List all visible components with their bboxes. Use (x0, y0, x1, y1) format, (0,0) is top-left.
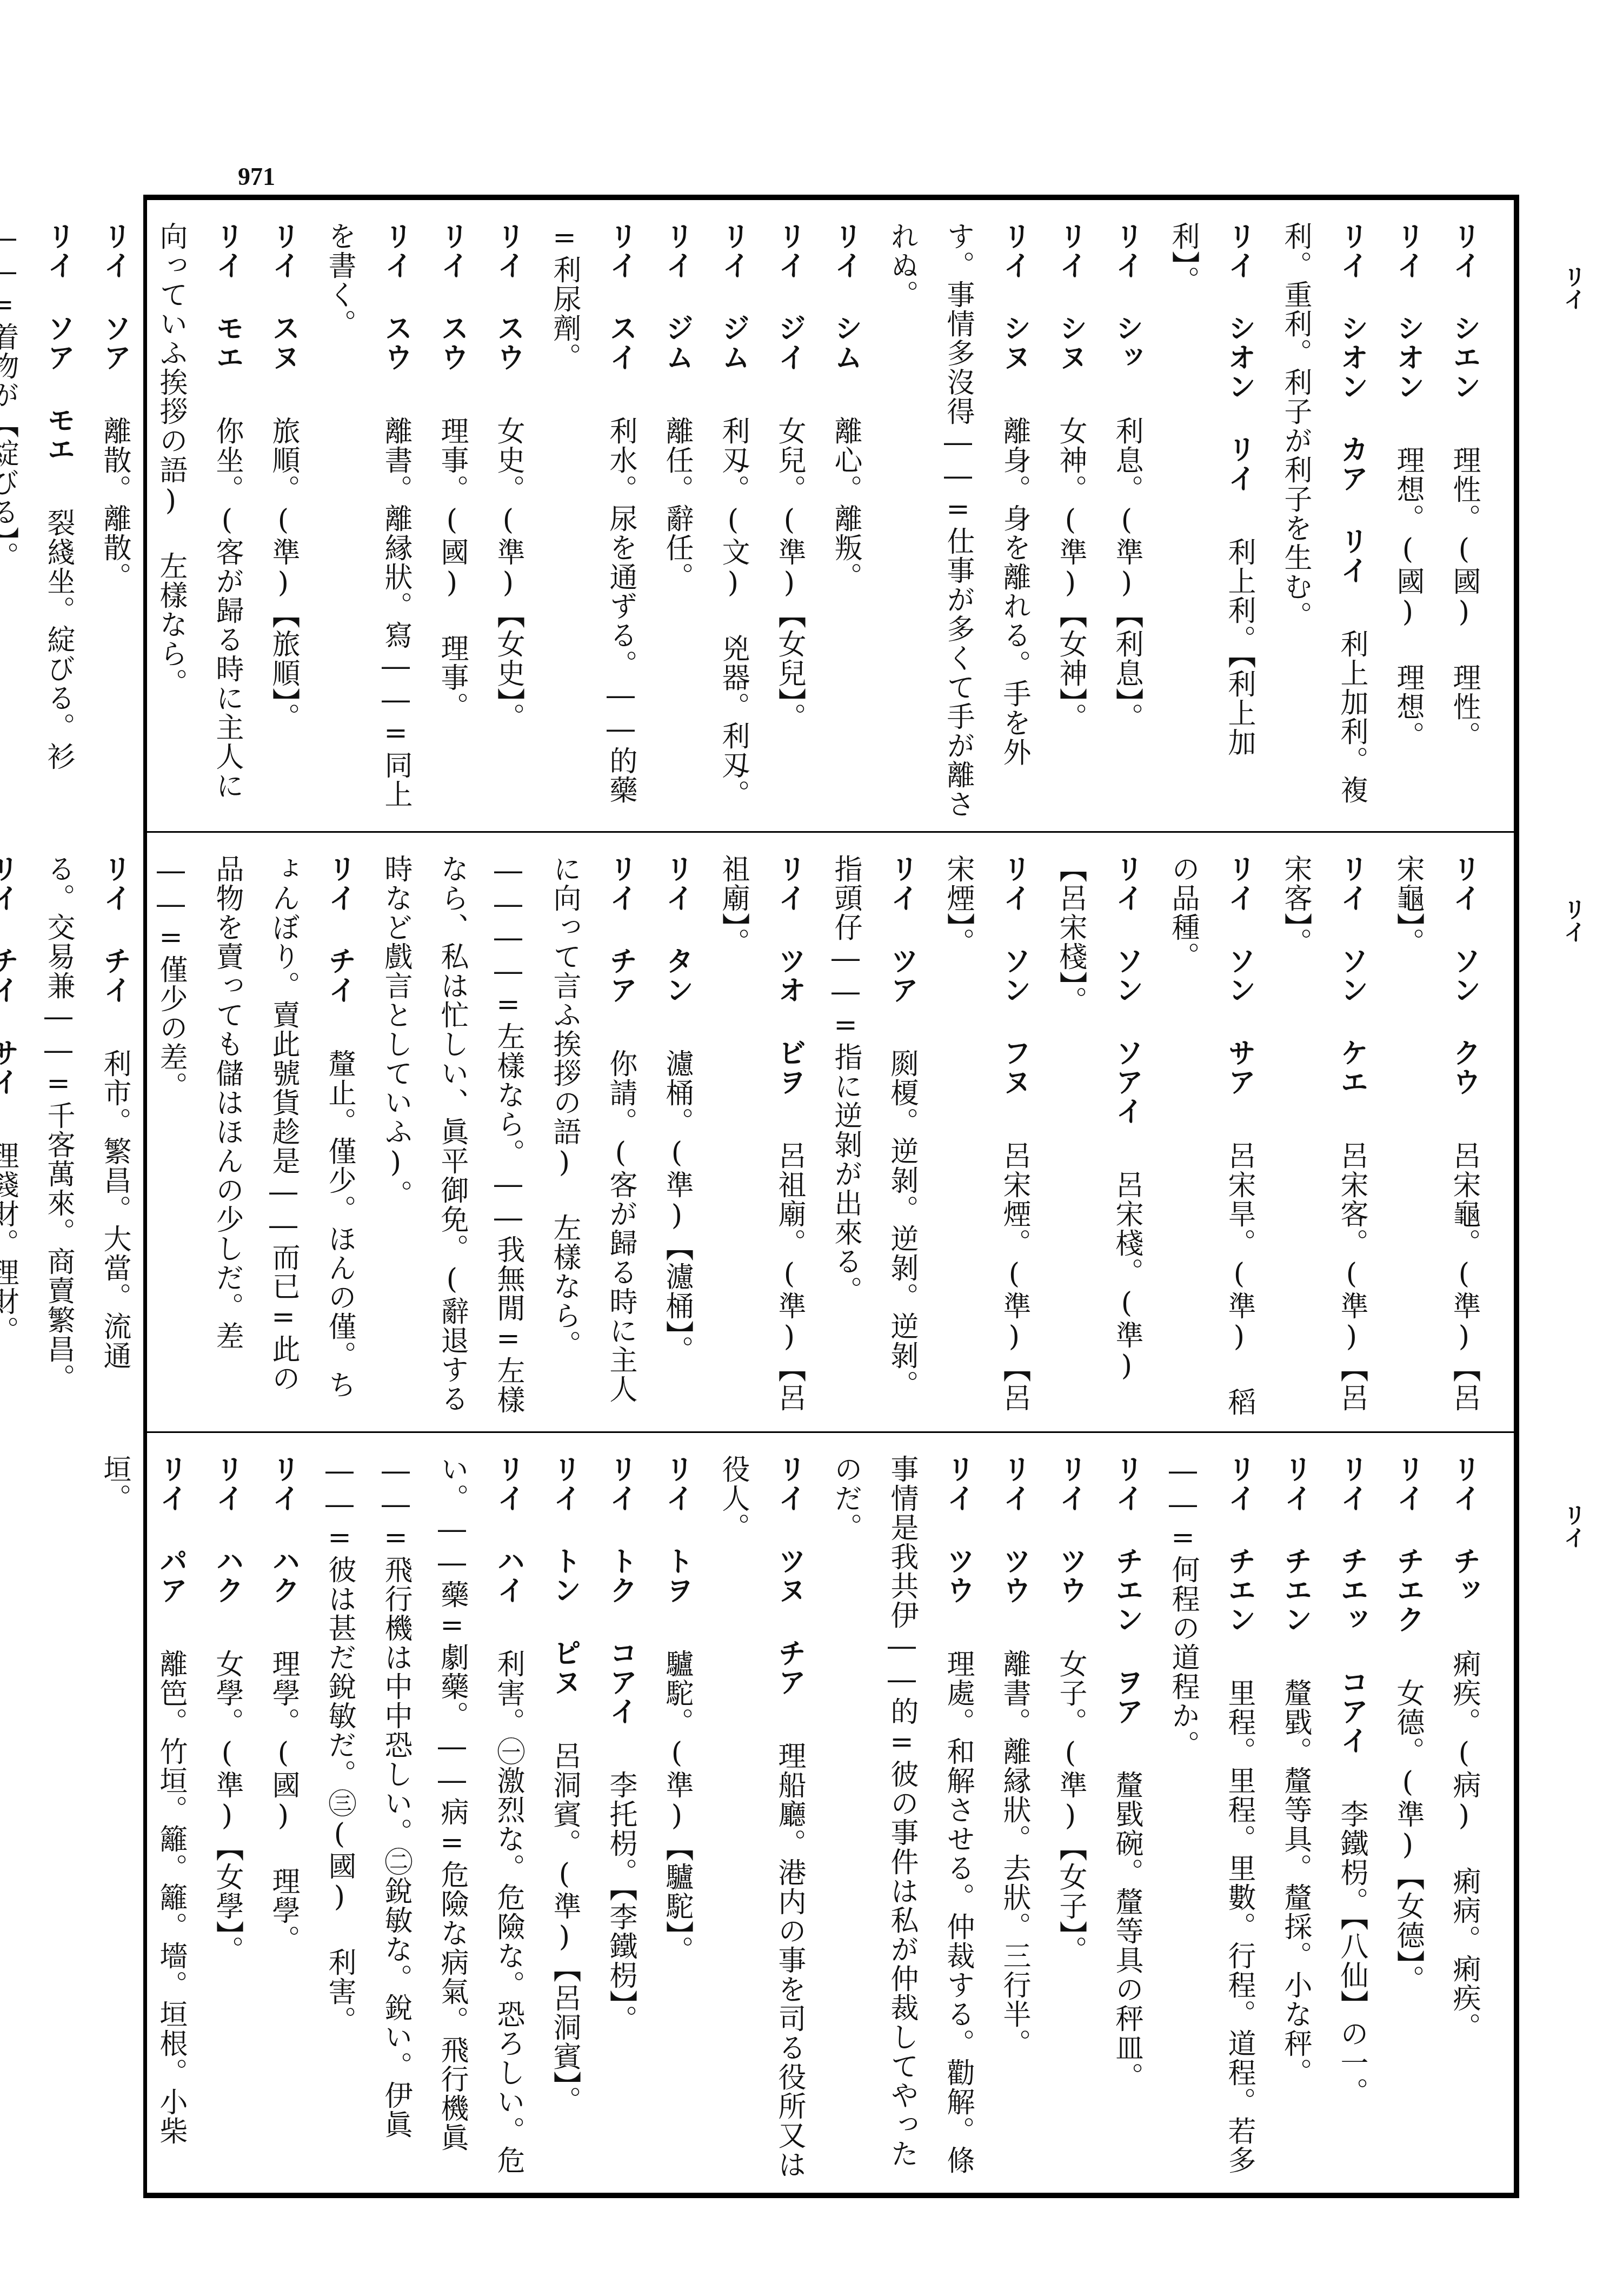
dictionary-entry: リイ チエン 釐戥。釐等具。釐採。小な秤。 (1267, 1455, 1323, 2182)
entry-headword-reading: リイ ソン ソアイ (1110, 854, 1143, 1126)
entry-definition: 女子。(準)【女子】。 (1054, 1649, 1087, 1965)
dictionary-entry: リイ パア 離笆。竹垣。籬。籬。墻。垣根。小柴垣。 (87, 1455, 199, 2182)
entry-headword-reading: リイ シオン カア リイ (1335, 222, 1368, 585)
entry-headword-reading: リイ スイ (604, 222, 637, 372)
running-head-middle: リイ (1557, 898, 1589, 943)
entry-headword-reading: リイ チイ サイ (0, 854, 18, 1097)
entry-headword-reading: リイ チエッ コアイ (1335, 1455, 1368, 1755)
entry-headword-reading: リイ ソン ケエ (1335, 854, 1368, 1097)
entry-definition: 女德。(準)【女德】。 (1392, 1678, 1424, 1994)
dictionary-entry: リイ シヌ 女神。(準)【女神】。 (1042, 222, 1099, 820)
dictionary-entry: リイ ジイ 女兒。(準)【女兒】。 (761, 222, 817, 820)
section-bottom: リイ チッ 痢疾。(病) 痢病。痢疾。リイ チエク 女德。(準)【女德】。リイ … (147, 1433, 1514, 2193)
entry-definition: 釐戥碗。釐等具の秤皿。 (1110, 1770, 1143, 2092)
dictionary-entry: リイ ハイ 利害。㊀激烈な。危險な。恐ろしい。危い。――藥=劇藥。――病=危險な… (311, 1455, 536, 2182)
dictionary-entry: リイ シエン 理性。(國) 理性。 (1436, 222, 1492, 820)
dictionary-entry: リイ トク コアイ 李托枴。【李鐵枴】。 (593, 1455, 649, 2182)
entry-headword-reading: リイ シエン (1448, 222, 1480, 401)
dictionary-entry: リイ ジム 利刄。(文) 兇器。利刄。 (705, 222, 761, 820)
entry-headword-reading: リイ ハク (267, 1455, 300, 1605)
entry-headword-reading: リイ チイ (323, 854, 356, 1005)
running-head-bottom: リイ (1557, 1503, 1589, 1549)
entry-definition: 離散。離散。 (98, 416, 131, 592)
dictionary-entry: リイ ソン ケエ 呂宋客。(準)【呂宋客】。 (1267, 854, 1380, 1421)
dictionary-entry: リイ ジム 離任。辭任。 (649, 222, 705, 820)
entry-headword-reading: リイ ハイ (492, 1455, 524, 1605)
entry-headword-reading: リイ チエン ヲア (1110, 1455, 1143, 1726)
dictionary-entry: リイ ハク 理學。(國) 理學。 (255, 1455, 311, 2182)
entry-definition: 理錢財。理財。 (0, 1141, 18, 1345)
entry-headword-reading: リイ ツウ (942, 1455, 974, 1605)
dictionary-entry: リイ チア 你請。(客が歸る時に主人に向って言ふ挨拶の語) 左樣なら。――――=… (368, 854, 649, 1421)
dictionary-entry: リイ ツア 㓹榎。逆剝。逆剝。逆剝。指頭仔――=指に逆剝が出來る。 (817, 854, 930, 1421)
entry-definition: 理學。(國) 理學。 (267, 1649, 300, 1954)
entry-definition: 你請。(客が歸る時に主人に向って言ふ挨拶の語) 左樣なら。――――=左樣なら。―… (380, 854, 637, 1415)
entry-headword-reading: リイ ハク (211, 1455, 243, 1605)
dictionary-entry: リイ タン 濾桶。(準)【濾桶】。 (649, 854, 705, 1421)
dictionary-entry: リイ シッ 利息。(準)【利息】。 (1099, 222, 1155, 820)
entry-definition: 釐戥。釐等具。釐採。小な秤。 (1279, 1678, 1312, 2087)
entry-headword-reading: リイ スウ (380, 222, 412, 372)
entry-definition: 呂洞賓。(準)【呂洞賓】。 (548, 1741, 581, 2115)
entry-headword-reading: リイ シム (829, 222, 862, 372)
dictionary-entry: リイ ツヌ チア 理船廳。港内の事を司る役所又は役人。 (705, 1455, 817, 2182)
dictionary-entry: リイ ハク 女學。(準)【女學】。 (199, 1455, 255, 2182)
dictionary-entry: リイ スイ 利水。尿を通ずる。――的藥=利尿劑。 (536, 222, 649, 820)
dictionary-entry: リイ ソア 離散。離散。 (87, 222, 143, 820)
entry-headword-reading: リイ ソン サア (1223, 854, 1255, 1097)
dictionary-entry: リイ シオン リイ 利上利。【利上加利】。 (1155, 222, 1267, 820)
entry-headword-reading: リイ チッ (1448, 1455, 1480, 1605)
dictionary-entry: リイ スウ 女史。(準)【女史】。 (480, 222, 536, 820)
dictionary-entry: リイ トヲ 驢駝。(準)【驢駝】。 (649, 1455, 705, 2182)
dictionary-entry: リイ チエン 里程。里程。里數。行程。道程。若多――=何程の道程か。 (1155, 1455, 1267, 2182)
entry-headword-reading: リイ チイ (98, 854, 131, 1005)
entry-headword-reading: リイ スヌ (267, 222, 300, 372)
entry-definition: 李鐵枴。【八仙】の一。 (1335, 1800, 1368, 2107)
dictionary-entry: リイ チイ サイ 理錢財。理財。 (0, 854, 30, 1421)
entry-headword-reading: リイ トク コアイ (604, 1455, 637, 1726)
dictionary-entry: リイ ツウ 女子。(準)【女子】。 (1042, 1455, 1099, 2182)
entry-headword-reading: リイ ジム (717, 222, 749, 372)
dictionary-entry: リイ ソア モエ 裂綫坐。綻びる。衫――=着物が【綻びる】。 (0, 222, 87, 820)
entry-headword-reading: リイ トン ピヌ (548, 1455, 581, 1697)
dictionary-entry: リイ シム 離心。離叛。 (817, 222, 874, 820)
dictionary-frame: リイ シエン 理性。(國) 理性。リイ シオン 理想。(國) 理想。リイ シオン… (143, 195, 1519, 2198)
entry-headword-reading: リイ ソン フヌ (998, 854, 1030, 1097)
dictionary-entry: リイ チイ 釐止。僅少。ほんの僅。ちょんぼり。賣此號貨趁是――而已=此の品物を賣… (143, 854, 368, 1421)
entry-headword-reading: リイ シヌ (1054, 222, 1087, 372)
entry-definition: 離任。辭任。 (661, 416, 693, 592)
entry-definition: 女神。(準)【女神】。 (1054, 416, 1087, 732)
entry-definition: 痢疾。(病) 痢病。痢疾。 (1448, 1649, 1480, 2042)
dictionary-entry: リイ トン ピヌ 呂洞賓。(準)【呂洞賓】。 (536, 1455, 593, 2182)
dictionary-entry: リイ スウ 理事。(國) 理事。 (424, 222, 480, 820)
entry-headword-reading: リイ ジイ (773, 222, 806, 372)
dictionary-entry: リイ チッ 痢疾。(病) 痢病。痢疾。 (1436, 1455, 1492, 2182)
dictionary-entry: リイ ソン ソアイ 呂宋棧。(準)【呂宋棧】。 (1042, 854, 1155, 1421)
entry-headword-reading: リイ チエク (1392, 1455, 1424, 1634)
dictionary-entry: リイ ソン フヌ 呂宋煙。(準)【呂宋煙】。 (930, 854, 1042, 1421)
entry-definition: 女學。(準)【女學】。 (211, 1649, 243, 1965)
entry-definition: 女兒。(準)【女兒】。 (773, 416, 806, 732)
entry-definition: 利息。(準)【利息】。 (1110, 416, 1143, 732)
entry-headword-reading: リイ チア (604, 854, 637, 1005)
entry-headword-reading: リイ チエン (1279, 1455, 1312, 1634)
dictionary-entry: リイ チエン ヲア 釐戥碗。釐等具の秤皿。 (1099, 1455, 1155, 2182)
entry-definition: 理想。(國) 理想。 (1392, 446, 1424, 751)
entry-headword-reading: リイ ジム (661, 222, 693, 372)
entry-definition: 理性。(國) 理性。 (1448, 446, 1480, 751)
page-number: 971 (238, 162, 275, 191)
dictionary-entry: リイ シオン 理想。(國) 理想。 (1380, 222, 1436, 820)
section-top: リイ シエン 理性。(國) 理性。リイ シオン 理想。(國) 理想。リイ シオン… (147, 200, 1514, 833)
entry-headword-reading: リイ ソア (98, 222, 131, 372)
entry-headword-reading: リイ シヌ (998, 222, 1030, 372)
dictionary-entry: リイ スウ 離書。離縁狀。寫――=同上を書く。 (311, 222, 424, 820)
entry-headword-reading: リイ ソン クウ (1448, 854, 1480, 1097)
entry-definition: 濾桶。(準)【濾桶】。 (661, 1049, 693, 1365)
entry-headword-reading: リイ モエ (211, 222, 243, 372)
entry-headword-reading: リイ タン (661, 854, 693, 1005)
dictionary-entry: リイ チイ 利市。繁昌。大當。流通る。交易兼――=千客萬來。商賣繁昌。 (30, 854, 143, 1421)
entry-headword-reading: リイ チエン (1223, 1455, 1255, 1634)
dictionary-entry: リイ ツウ 理處。和解させる。仲裁する。勸解。條事情是我共伊――的=彼の事件は私… (817, 1455, 986, 2182)
section-middle: リイ ソン クウ 呂宋龜。(準)【呂宋龜】。リイ ソン ケエ 呂宋客。(準)【呂… (147, 833, 1514, 1433)
entry-definition: 離心。離叛。 (829, 416, 862, 592)
dictionary-entry: リイ シヌ 離身。身を離れる。手を外す。事情多沒得――=仕事が多くて手が離されぬ… (874, 222, 1042, 820)
entry-headword-reading: リイ シオン リイ (1223, 222, 1255, 493)
running-head-top: リイ (1557, 265, 1589, 310)
entry-definition: 理事。(國) 理事。 (436, 416, 468, 721)
dictionary-entry: リイ チエッ コアイ 李鐵枴。【八仙】の一。 (1323, 1455, 1380, 2182)
entry-headword-reading: リイ シッ (1110, 222, 1143, 372)
entry-headword-reading: リイ ツウ (998, 1455, 1030, 1605)
entry-headword-reading: リイ ツウ (1054, 1455, 1087, 1605)
entry-definition: 利刄。(文) 兇器。利刄。 (717, 416, 749, 809)
dictionary-entry: リイ ソン クウ 呂宋龜。(準)【呂宋龜】。 (1380, 854, 1492, 1421)
entry-headword-reading: リイ ツオ ビヲ (773, 854, 806, 1097)
dictionary-entry: リイ スヌ 旅順。(準)【旅順】。 (255, 222, 311, 820)
entry-headword-reading: リイ ソア モエ (42, 222, 75, 464)
dictionary-entry: リイ ソン サア 呂宋旱。(準) 稻の品種。 (1155, 854, 1267, 1421)
entry-headword-reading: リイ スウ (436, 222, 468, 372)
entry-headword-reading: リイ トヲ (661, 1455, 693, 1605)
entry-headword-reading: リイ ツヌ チア (773, 1455, 806, 1697)
entry-headword-reading: リイ シオン (1392, 222, 1424, 401)
dictionary-entry: リイ ツウ 離書。離縁狀。去狀。三行半。 (986, 1455, 1042, 2182)
dictionary-entry: リイ チエク 女德。(準)【女德】。 (1380, 1455, 1436, 2182)
entry-definition: 旅順。(準)【旅順】。 (267, 416, 300, 732)
entry-definition: 女史。(準)【女史】。 (492, 416, 524, 732)
dictionary-entry: リイ モエ 你坐。(客が歸る時に主人に向っていふ挨拶の語) 左樣なら。 (143, 222, 255, 820)
entry-definition: 驢駝。(準)【驢駝】。 (661, 1649, 693, 1965)
entry-headword-reading: リイ パア (155, 1455, 187, 1605)
entry-headword-reading: リイ ツア (886, 854, 918, 1005)
entry-definition: 離書。離縁狀。去狀。三行半。 (998, 1649, 1030, 2058)
dictionary-entry: リイ シオン カア リイ 利上加利。複利。重利。利子が利子を生む。 (1267, 222, 1380, 820)
entry-headword-reading: リイ スウ (492, 222, 524, 372)
entry-definition: 李托枴。【李鐵枴】。 (604, 1770, 637, 2034)
dictionary-entry: リイ ツオ ビヲ 呂祖廟。(準)【呂祖廟】。 (705, 854, 817, 1421)
